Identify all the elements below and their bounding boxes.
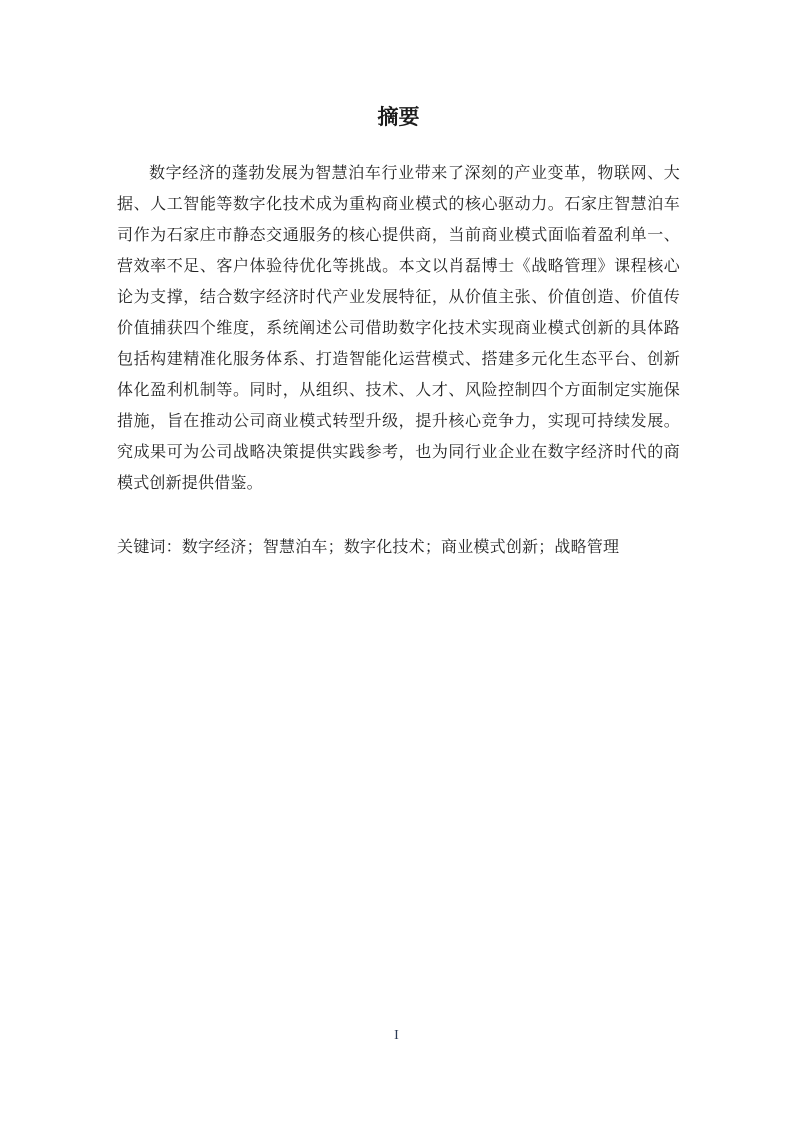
keywords-text: 数字经济；智慧泊车；数字化技术；商业模式创新；战略管理	[182, 539, 619, 556]
abstract-line: 措施，旨在推动公司商业模式转型升级，提升核心竞争力，实现可持续发展。研	[117, 406, 680, 437]
keywords-line: 关键词：数字经济；智慧泊车；数字化技术；商业模式创新；战略管理	[117, 532, 680, 563]
abstract-line: 数字经济的蓬勃发展为智慧泊车行业带来了深刻的产业变革，物联网、大数	[117, 158, 680, 189]
document-page: 摘要 数字经济的蓬勃发展为智慧泊车行业带来了深刻的产业变革，物联网、大数据、人工…	[0, 0, 793, 1122]
abstract-line: 体化盈利机制等。同时，从组织、技术、人才、风险控制四个方面制定实施保障	[117, 375, 680, 406]
page-number: I	[394, 1028, 399, 1043]
page-footer: I	[0, 1026, 793, 1045]
keywords-label: 关键词：	[117, 539, 182, 556]
abstract-line: 包括构建精准化服务体系、打造智能化运营模式、搭建多元化生态平台、创新立	[117, 344, 680, 375]
abstract-line: 模式创新提供借鉴。	[117, 468, 680, 499]
abstract-line: 司作为石家庄市静态交通服务的核心提供商，当前商业模式面临着盈利单一、运	[117, 220, 680, 251]
abstract-paragraph: 数字经济的蓬勃发展为智慧泊车行业带来了深刻的产业变革，物联网、大数据、人工智能等…	[117, 158, 680, 499]
abstract-line: 据、人工智能等数字化技术成为重构商业模式的核心驱动力。石家庄智慧泊车公	[117, 189, 680, 220]
abstract-line: 论为支撑，结合数字经济时代产业发展特征，从价值主张、价值创造、价值传递、	[117, 282, 680, 313]
abstract-line: 营效率不足、客户体验待优化等挑战。本文以肖磊博士《战略管理》课程核心理	[117, 251, 680, 282]
abstract-line: 究成果可为公司战略决策提供实践参考，也为同行业企业在数字经济时代的商业	[117, 437, 680, 468]
abstract-title: 摘要	[117, 104, 680, 130]
abstract-line: 价值捕获四个维度，系统阐述公司借助数字化技术实现商业模式创新的具体路径，	[117, 313, 680, 344]
